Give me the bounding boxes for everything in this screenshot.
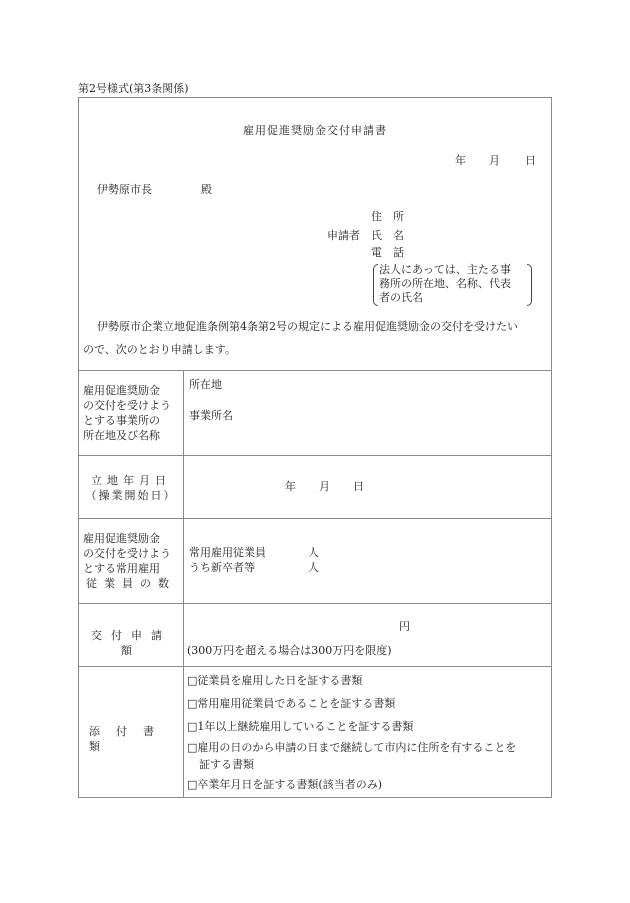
- label-line: 従業員の数: [79, 576, 183, 591]
- attachment-label: 雇用の日のから申請の日まで継続して市内に住所を有することを: [197, 741, 516, 754]
- row-label-employee-count: 雇用促進奨励金 の交付を受けよう とする常用雇用 従業員の数: [79, 531, 183, 591]
- attachment-item[interactable]: □卒業年月日を証する書類(該当者のみ): [187, 778, 382, 792]
- label-line: 雇用促進奨励金: [79, 531, 183, 546]
- establishment-year[interactable]: 年: [285, 480, 296, 494]
- label-line: 立地年月日: [79, 473, 183, 488]
- address-label: 住 所: [371, 210, 404, 224]
- row-label-requested-amount: 交付申請額: [79, 628, 183, 658]
- label-line: の交付を受けよう: [79, 546, 183, 561]
- application-form: 雇用促進奨励金交付申請書 年 月 日 伊勢原市長 殿 住 所 申請者 氏 名 電…: [78, 97, 552, 798]
- divider: [79, 518, 551, 519]
- regular-employees-unit[interactable]: 人: [308, 546, 319, 560]
- divider: [79, 603, 551, 604]
- attachment-item[interactable]: □従業員を雇用した日を証する書類: [187, 674, 362, 688]
- intro-line-1: 伊勢原市企業立地促進条例第4条第2号の規定による雇用促進奨励金の交付を受けたい: [97, 320, 518, 334]
- attachment-label: 従業員を雇用した日を証する書類: [197, 674, 362, 687]
- date-month-label: 月: [489, 154, 500, 168]
- new-graduates-unit[interactable]: 人: [308, 561, 319, 575]
- attachment-label: 1年以上継続雇用していることを証する書類: [197, 720, 413, 733]
- label-line: 交付申請額: [79, 628, 183, 658]
- checkbox-icon[interactable]: □: [187, 720, 197, 733]
- applicant-label: 申請者: [327, 229, 360, 243]
- name-label: 氏 名: [371, 229, 404, 243]
- date-year-label: 年: [455, 154, 466, 168]
- column-divider: [183, 370, 184, 797]
- field-business-name-label[interactable]: 事業所名: [189, 409, 233, 423]
- applicant-note: 法人にあっては、主たる事 務所の所在地、名称、代表 者の氏名: [379, 263, 511, 305]
- note-line: 者の氏名: [379, 291, 511, 305]
- addressee-honorific: 殿: [201, 183, 212, 197]
- note-line: 法人にあっては、主たる事: [379, 263, 511, 277]
- label-line: 雇用促進奨励金: [79, 383, 183, 398]
- attachment-label-continued: 証する書類: [199, 758, 254, 772]
- label-line: 所在地及び名称: [79, 428, 183, 443]
- amount-unit[interactable]: 円: [399, 620, 410, 634]
- note-line: 務所の所在地、名称、代表: [379, 277, 511, 291]
- date-day-label: 日: [525, 154, 536, 168]
- attachment-label: 卒業年月日を証する書類(該当者のみ): [197, 778, 382, 791]
- phone-label: 電 話: [371, 246, 404, 260]
- form-title: 雇用促進奨励金交付申請書: [79, 124, 551, 138]
- attachment-item[interactable]: □雇用の日のから申請の日まで継続して市内に住所を有することを: [187, 741, 516, 755]
- divider: [79, 370, 551, 371]
- label-line: とする常用雇用: [79, 561, 183, 576]
- divider: [79, 666, 551, 667]
- row-label-establishment-date: 立地年月日 （操業開始日）: [79, 473, 183, 503]
- establishment-month[interactable]: 月: [319, 480, 330, 494]
- checkbox-icon[interactable]: □: [187, 741, 197, 754]
- attachment-item[interactable]: □常用雇用従業員であることを証する書類: [187, 697, 395, 711]
- amount-limit-note: (300万円を超える場合は300万円を限度): [187, 644, 392, 658]
- divider: [79, 455, 551, 456]
- label-line: 添付書類: [79, 724, 183, 754]
- label-line: の交付を受けよう: [79, 398, 183, 413]
- row-label-business-location: 雇用促進奨励金 の交付を受けよう とする事業所の 所在地及び名称: [79, 383, 183, 443]
- checkbox-icon[interactable]: □: [187, 697, 197, 710]
- checkbox-icon[interactable]: □: [187, 674, 197, 687]
- field-location-label[interactable]: 所在地: [189, 378, 222, 392]
- label-line: （操業開始日）: [79, 488, 183, 503]
- intro-line-2: ので、次のとおり申請します。: [83, 343, 236, 357]
- form-number: 第2号様式(第3条関係): [78, 80, 189, 96]
- attachment-item[interactable]: □1年以上継続雇用していることを証する書類: [187, 720, 413, 734]
- row-label-attachments: 添付書類: [79, 724, 183, 754]
- regular-employees-label: 常用雇用従業員: [189, 546, 266, 560]
- attachment-label: 常用雇用従業員であることを証する書類: [197, 697, 395, 710]
- note-close-paren: [527, 264, 532, 306]
- new-graduates-label: うち新卒者等: [189, 561, 255, 575]
- note-open-paren: [373, 264, 378, 306]
- label-line: とする事業所の: [79, 413, 183, 428]
- establishment-day[interactable]: 日: [353, 480, 364, 494]
- addressee-name: 伊勢原市長: [97, 183, 152, 197]
- checkbox-icon[interactable]: □: [187, 778, 197, 791]
